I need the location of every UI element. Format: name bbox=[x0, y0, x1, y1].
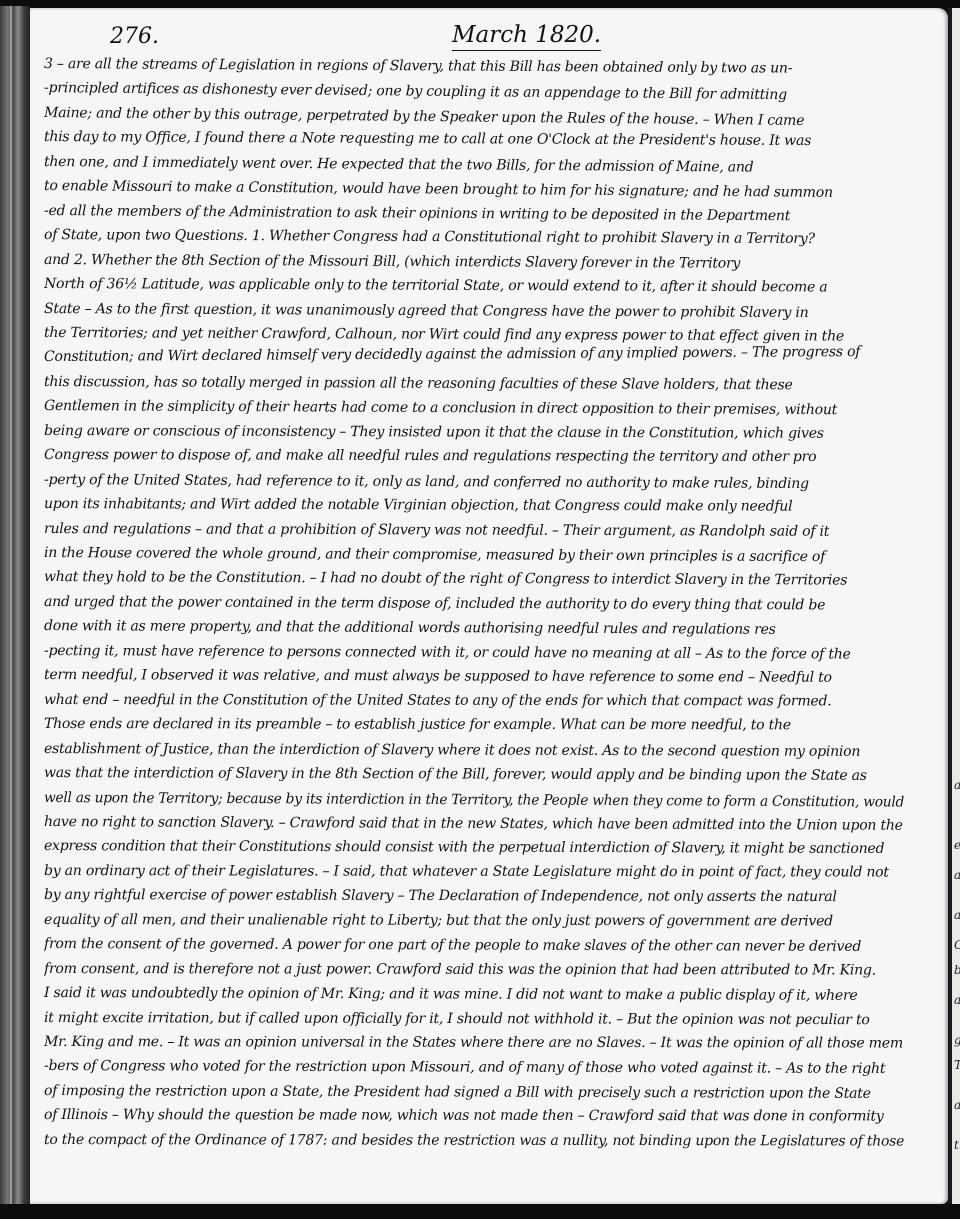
binding-edge-line bbox=[10, 6, 12, 1206]
facing-page-fragment: a bbox=[954, 908, 960, 922]
manuscript-line: I said it was undoubtedly the opinion of… bbox=[44, 985, 904, 1004]
manuscript-line: Those ends are declared in its preamble … bbox=[44, 716, 904, 734]
manuscript-line: of Illinois – Why should the question be… bbox=[44, 1107, 904, 1125]
facing-page-fragment: e bbox=[954, 838, 960, 852]
manuscript-line: being aware or conscious of inconsistenc… bbox=[44, 423, 904, 442]
manuscript-line: term needful, I observed it was relative… bbox=[44, 667, 904, 686]
manuscript-line: Congress power to dispose of, and make a… bbox=[44, 447, 904, 465]
manuscript-line: from the consent of the governed. A powe… bbox=[44, 936, 904, 955]
manuscript-line: equality of all men, and their unalienab… bbox=[44, 912, 904, 930]
manuscript-line: was that the interdiction of Slavery in … bbox=[44, 765, 904, 784]
manuscript-line: by an ordinary act of their Legislatures… bbox=[44, 863, 904, 881]
facing-page-fragment: C bbox=[954, 938, 960, 952]
manuscript-line: to the compact of the Ordinance of 1787:… bbox=[44, 1132, 904, 1150]
book-binding bbox=[0, 6, 30, 1206]
manuscript-line: upon its inhabitants; and Wirt added the… bbox=[44, 496, 904, 515]
facing-page-fragment: b bbox=[954, 963, 960, 977]
manuscript-line: Mr. King and me. – It was an opinion uni… bbox=[44, 1034, 904, 1052]
facing-page-fragment: a bbox=[954, 993, 960, 1007]
facing-page-fragment: T bbox=[954, 1058, 960, 1072]
manuscript-line: it might excite irritation, but if calle… bbox=[44, 1010, 904, 1028]
page-number: 276. bbox=[110, 24, 159, 49]
facing-page-fragment: a bbox=[954, 778, 960, 792]
manuscript-line: by any rightful exercise of power establ… bbox=[44, 887, 904, 905]
manuscript-line: of imposing the restriction upon a State… bbox=[44, 1083, 904, 1102]
facing-page-edge: a e a a C b a g T a t bbox=[948, 8, 960, 1208]
facing-page-fragment: a bbox=[954, 868, 960, 882]
manuscript-line: what end – needful in the Constitution o… bbox=[44, 692, 904, 710]
page-heading-date: March 1820. bbox=[452, 22, 601, 51]
manuscript-line: establishment of Justice, than the inter… bbox=[44, 741, 904, 760]
facing-page-fragment: a bbox=[954, 1098, 960, 1112]
facing-page-fragment: g bbox=[954, 1033, 960, 1047]
manuscript-line: from consent, and is therefore not a jus… bbox=[44, 961, 904, 979]
facing-page-fragment: t bbox=[954, 1138, 959, 1152]
manuscript-line: rules and regulations – and that a prohi… bbox=[44, 521, 904, 540]
scan-bottom-edge bbox=[0, 1204, 960, 1219]
